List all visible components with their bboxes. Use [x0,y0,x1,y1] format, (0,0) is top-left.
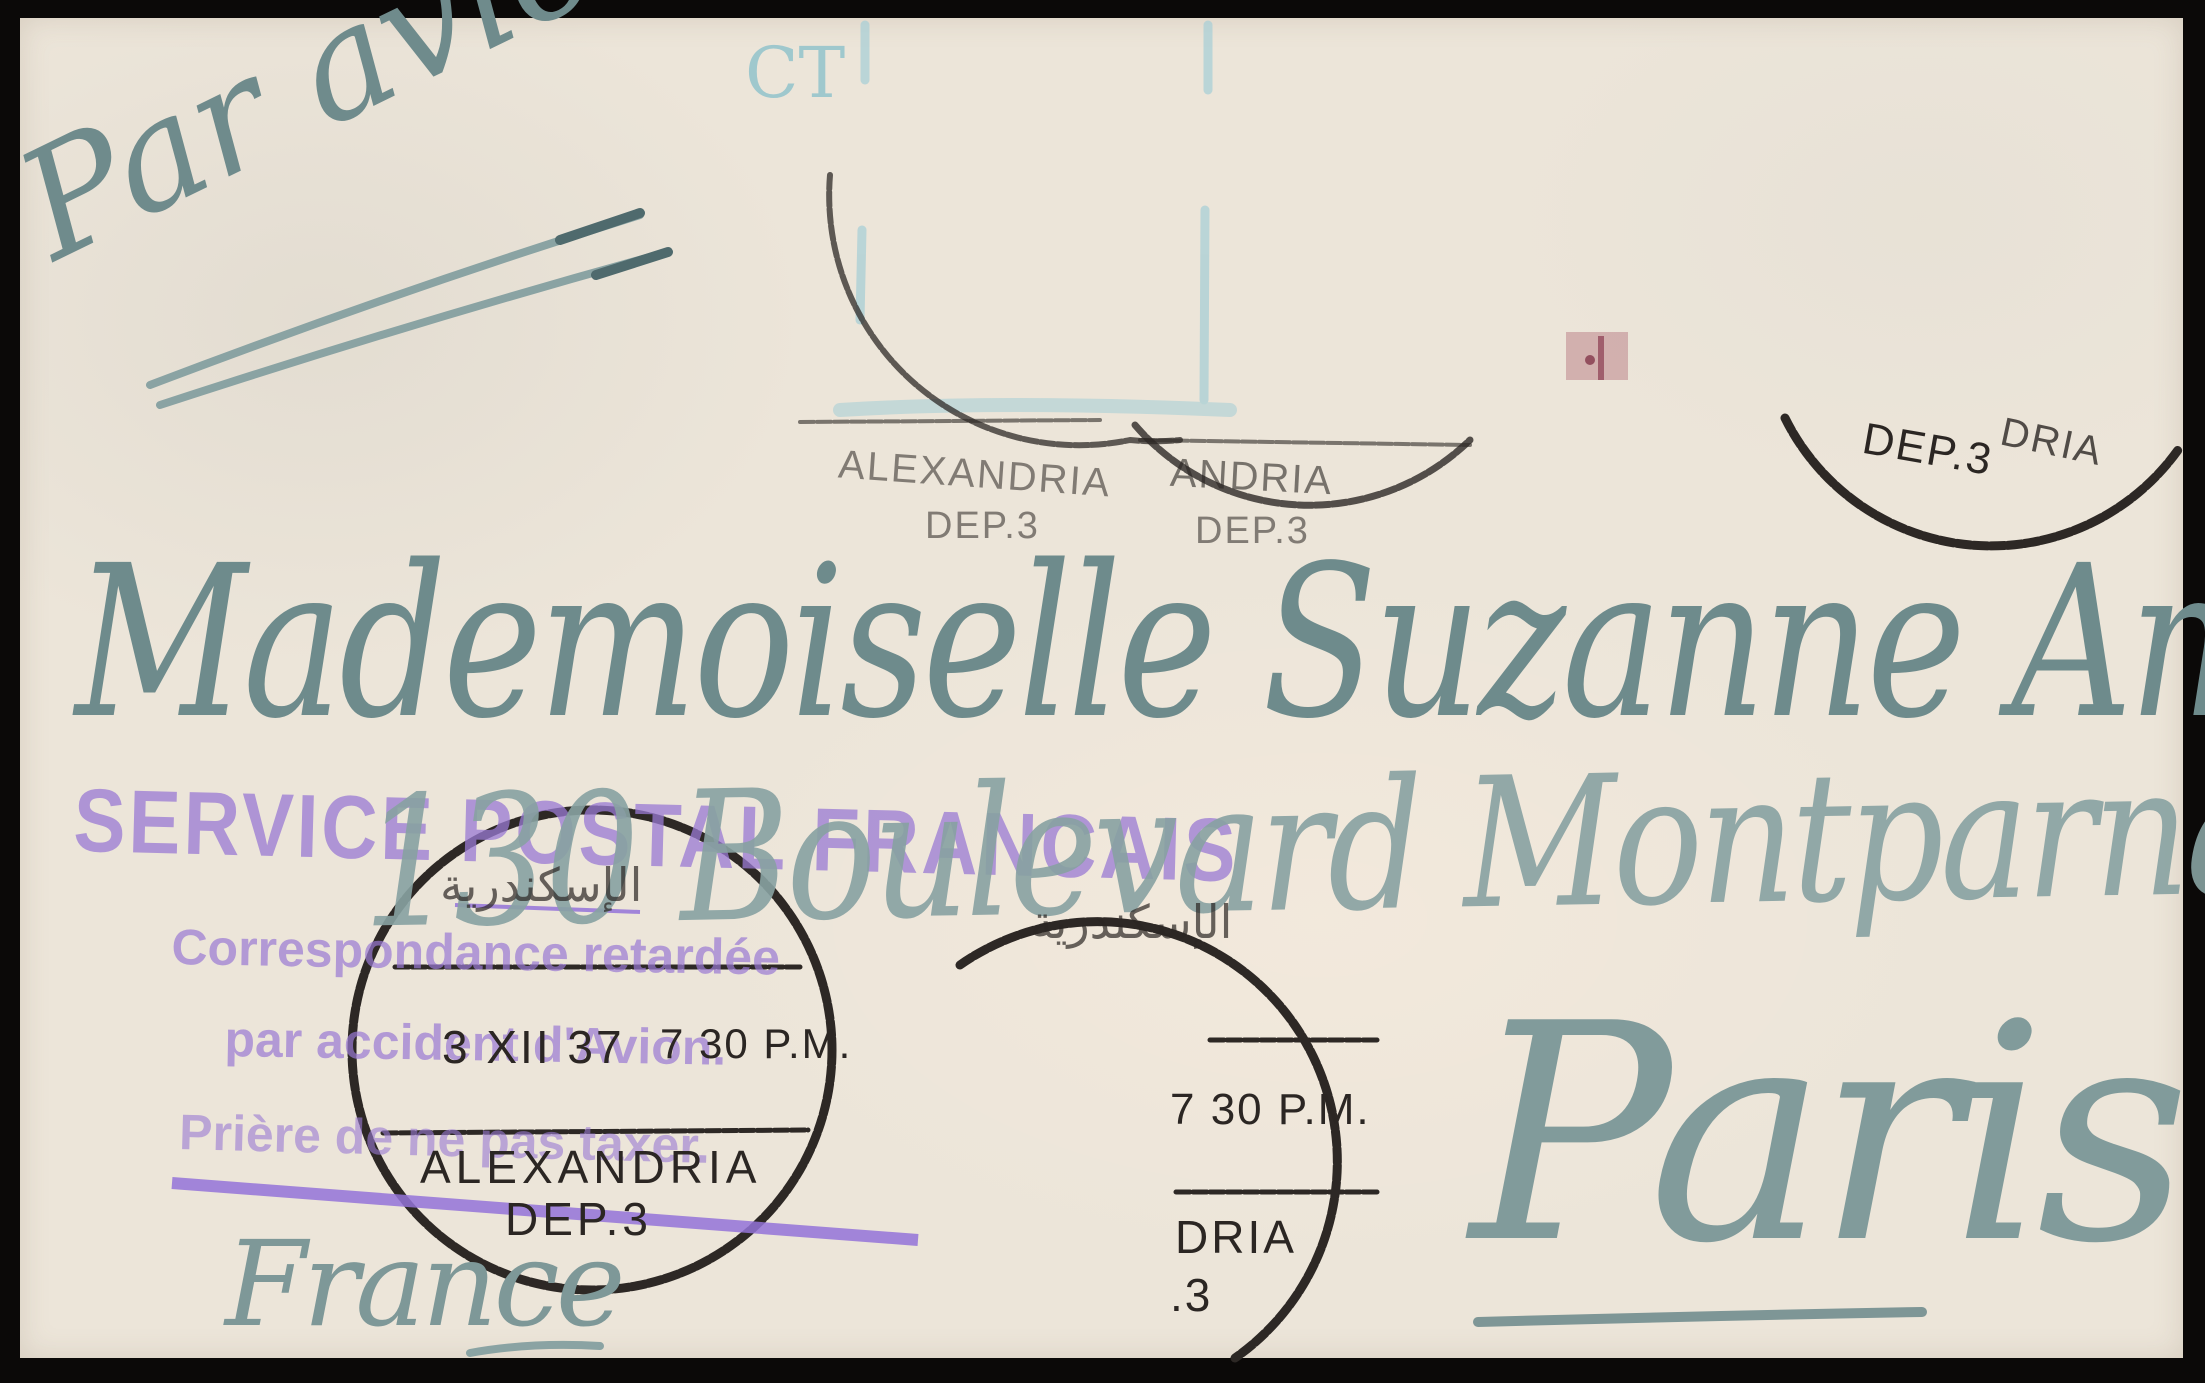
postmark-main-time: 7 30 P.M. [660,1020,852,1068]
address-country: France [225,1215,622,1353]
postmark-main-date: 3 XII 37 [442,1020,625,1074]
red-mark [1566,332,1628,380]
postmark-top-middle-city: ANDRIA [1169,451,1334,504]
address-city: Paris [1470,960,2181,1309]
blue-ct-mark: CT [745,32,845,114]
cachet-line1: Correspondance retardée [171,918,780,987]
postmark-main-arabic: الإسكندرية [440,858,642,912]
address-line1: Mademoiselle Suzanne Amech [75,520,2205,765]
postmark-lower-right-office: .3 [1170,1268,1212,1322]
postmark-main-city: ALEXANDRIA [420,1140,761,1194]
par-avion-underlines [150,213,668,405]
postmark-lower-right-city: DRIA [1175,1210,1297,1264]
paris-underline [1478,1312,1922,1322]
stamp-remnant-outline [840,25,1230,410]
postmark-lower-right-time: 7 30 P.M. [1170,1085,1371,1135]
postmark-lower-right-arabic: الإسكندرية [1030,895,1232,949]
